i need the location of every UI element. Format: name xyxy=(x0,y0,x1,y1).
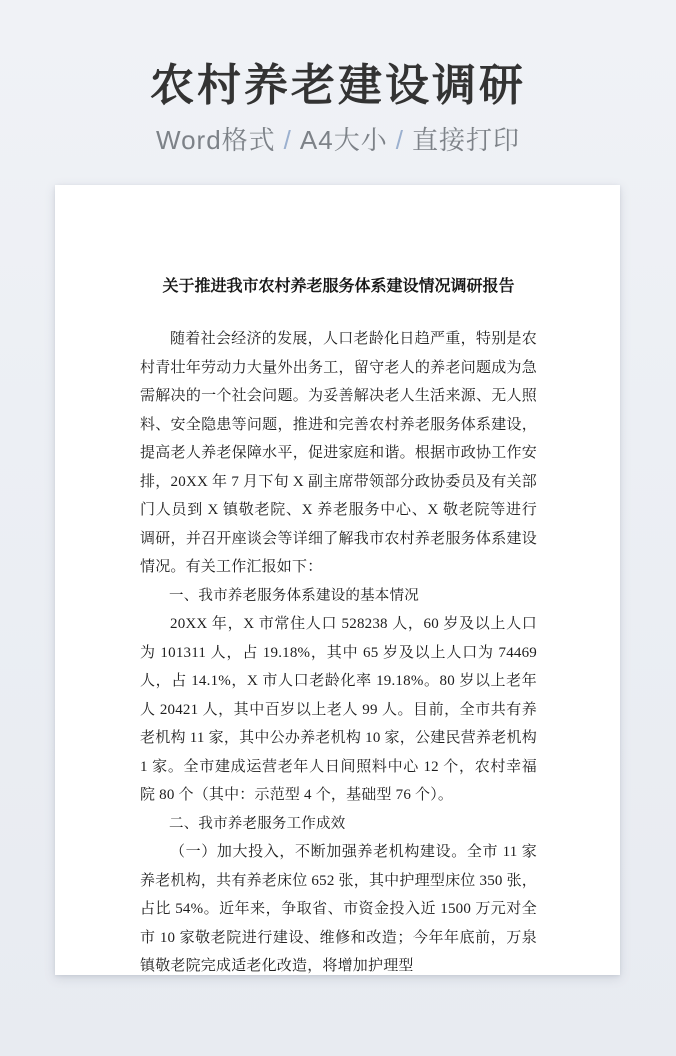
document-title: 关于推进我市农村养老服务体系建设情况调研报告 xyxy=(140,273,537,301)
page-subtitle: Word格式/A4大小/直接打印 xyxy=(0,124,676,156)
document-page: 关于推进我市农村养老服务体系建设情况调研报告 随着社会经济的发展，人口老龄化日趋… xyxy=(55,185,620,975)
subtitle-separator: / xyxy=(388,125,412,155)
page-title: 农村养老建设调研 xyxy=(0,60,676,112)
subtitle-size-label: A4大小 xyxy=(300,125,388,155)
subtitle-format-label: Word格式 xyxy=(156,125,276,155)
subtitle-print-label: 直接打印 xyxy=(412,125,520,155)
paragraph: （一）加大投入，不断加强养老机构建设。全市 11 家养老机构，共有养老床位 65… xyxy=(140,838,537,975)
document-body: 随着社会经济的发展，人口老龄化日趋严重，特别是农村青壮年劳动力大量外出务工，留守… xyxy=(140,325,537,975)
paragraph: 20XX 年，X 市常住人口 528238 人，60 岁及以上人口为 10131… xyxy=(140,610,537,810)
section-heading: 二、我市养老服务工作成效 xyxy=(140,810,537,839)
page-background: 农村养老建设调研 Word格式/A4大小/直接打印 关于推进我市农村养老服务体系… xyxy=(0,0,676,1056)
paragraph: 随着社会经济的发展，人口老龄化日趋严重，特别是农村青壮年劳动力大量外出务工，留守… xyxy=(140,325,537,582)
subtitle-separator: / xyxy=(276,125,300,155)
header: 农村养老建设调研 Word格式/A4大小/直接打印 xyxy=(0,0,676,156)
section-heading: 一、我市养老服务体系建设的基本情况 xyxy=(140,582,537,611)
